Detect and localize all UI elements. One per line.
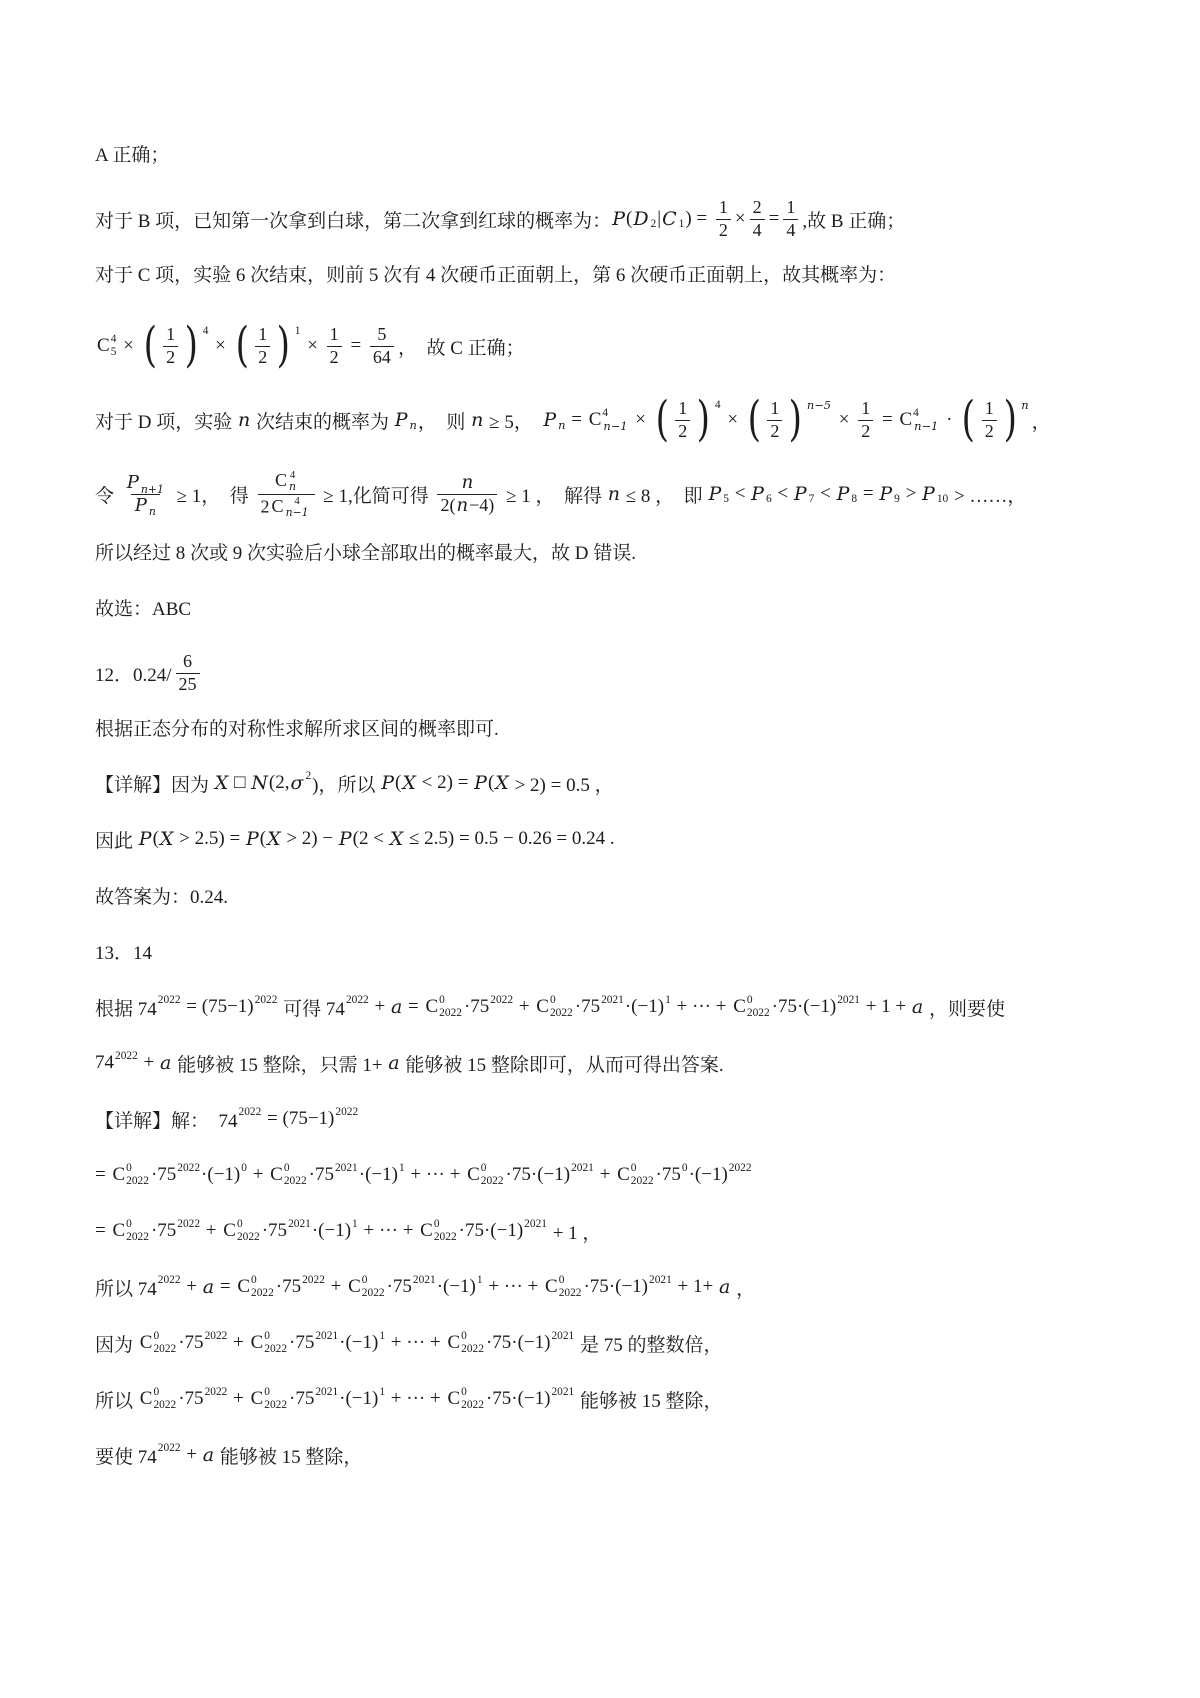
text-run: ， 故 C 正确； [398, 333, 525, 360]
answer-12: 12．0.24/625 [95, 648, 1110, 698]
subscript: 1 [679, 218, 685, 230]
subscript: n+1 [141, 483, 164, 496]
text-run: > 2) − [282, 828, 338, 850]
text-run: + [370, 996, 390, 1018]
denominator: 2 [716, 219, 731, 242]
superscript: 0 [461, 1330, 484, 1343]
scripts: 02022 [237, 1218, 260, 1244]
math-var: X [215, 772, 229, 794]
open-paren-icon: ( [655, 401, 668, 439]
denominator: 2 [982, 420, 997, 443]
fraction: 24 [750, 197, 765, 241]
math-var: P [127, 472, 139, 493]
text-run: < [773, 483, 793, 505]
superscript: 2021 [413, 1274, 436, 1286]
script-symbol: C02022 [270, 1162, 306, 1188]
q13-expansion-1: = C02022·752022·(−1)0 + C02022·752021·(−… [95, 1160, 1110, 1190]
script-symbol: C02022 [447, 1330, 483, 1356]
subscript: 6 [766, 493, 772, 505]
text-run: 12．0.24/ [95, 660, 172, 687]
scripts: 02022 [284, 1162, 307, 1188]
fraction: 12 [716, 197, 731, 241]
scripts: 4n [288, 469, 297, 494]
superscript: 2022 [158, 1274, 181, 1286]
text-run: × [210, 335, 230, 357]
subscript: n [149, 505, 156, 518]
q13-reason-1: 因为 C02022·752022 + C02022·752021·(−1)1 +… [95, 1328, 1110, 1358]
subscript: 5 [723, 493, 729, 505]
text-run: (2, [269, 772, 290, 794]
superscript: 2021 [288, 1218, 311, 1230]
subscript: 10 [937, 493, 948, 505]
paren-fraction: (12)4 [653, 398, 721, 442]
text-run: + [595, 1164, 615, 1186]
math-var: a [388, 1052, 399, 1074]
script-symbol: C02022 [733, 994, 769, 1020]
text-run: 根据 74 [95, 994, 157, 1021]
superscript: 2022 [239, 1106, 262, 1118]
text-run: = [858, 483, 878, 505]
superscript: 0 [241, 1162, 247, 1174]
fraction: C4n2C4n−1 [258, 469, 315, 520]
math-var: X [160, 828, 174, 850]
superscript: 1 [477, 1274, 483, 1286]
power-superscript: n [1021, 398, 1028, 412]
text-run: ·75·(−1) [486, 1332, 551, 1354]
text-run: 所以 74 [95, 1274, 157, 1301]
superscript: 2021 [837, 994, 860, 1006]
scripts: 02022 [264, 1386, 287, 1412]
text-run: × [631, 409, 651, 431]
text-run: 令 [95, 481, 119, 508]
denominator: 64 [370, 346, 394, 369]
subscript: n [558, 418, 565, 432]
text-run: + [228, 1388, 248, 1410]
text-run: = [877, 409, 897, 431]
script-symbol: C45 [97, 333, 116, 359]
denominator: 4 [783, 219, 798, 242]
math-var: P [543, 409, 556, 431]
superscript: 1 [665, 994, 671, 1006]
subscript: 2022 [550, 1007, 573, 1020]
superscript: 2021 [315, 1386, 338, 1398]
scripts: 4n−1 [602, 407, 628, 433]
denominator: Pn [131, 494, 160, 517]
q13-detail-intro: 【详解】解： 742022 = (75−1)2022 [95, 1104, 1110, 1134]
math-var: n [238, 409, 250, 431]
text-run: 对于 D 项，实验 [95, 407, 237, 434]
text-run: + [182, 1444, 202, 1466]
text-run: ·75·(−1) [506, 1164, 571, 1186]
math-var: D [633, 208, 648, 230]
subscript: n−1 [914, 420, 938, 433]
symbol-base: C [140, 1332, 153, 1354]
script-symbol: C02022 [420, 1218, 456, 1244]
subscript: 2022 [461, 1343, 484, 1356]
superscript: 0 [153, 1330, 176, 1343]
text-run: 故答案为：0.24. [95, 882, 228, 909]
text-run: = [403, 996, 423, 1018]
text-run: A 正确； [95, 140, 169, 167]
superscript: 0 [237, 1218, 260, 1231]
superscript: 0 [631, 1162, 654, 1175]
script-symbol: C02022 [536, 994, 572, 1020]
superscript: 2021 [571, 1162, 594, 1174]
numerator: 1 [982, 398, 997, 420]
subscript: 2022 [434, 1231, 457, 1244]
superscript: 2022 [115, 1050, 138, 1062]
superscript: 1 [352, 1218, 358, 1230]
text-run: ·75 [387, 1276, 412, 1298]
text-run: > [901, 483, 921, 505]
superscript: 0 [559, 1274, 582, 1287]
superscript: 0 [264, 1330, 287, 1343]
symbol-base: C [223, 1220, 236, 1242]
text-run: = [215, 1276, 235, 1298]
text-run: + [228, 1332, 248, 1354]
superscript: 2021 [551, 1330, 574, 1342]
text-run: ·75 [464, 996, 489, 1018]
superscript: 2022 [158, 1442, 181, 1454]
math-var: P [135, 495, 147, 516]
superscript: 0 [126, 1218, 149, 1231]
text-run: + [514, 996, 534, 1018]
text-run: 能够被 15 整除， [575, 1386, 722, 1413]
denominator: 2 [327, 346, 342, 369]
script-symbol: C4n [275, 469, 297, 494]
text-run: + [201, 1220, 221, 1242]
text-run: ≥ 1 ， 解得 [501, 481, 606, 508]
text-run: ≥ 5， [484, 407, 542, 434]
math-var: X [402, 772, 416, 794]
text-run: 因为 [95, 1330, 138, 1357]
superscript: 0 [550, 994, 573, 1007]
text-run: × [735, 208, 746, 230]
superscript: 2022 [255, 994, 278, 1006]
text-run: ·(−1) [339, 1388, 378, 1410]
superscript: 2022 [177, 1218, 200, 1230]
fraction: 625 [176, 651, 200, 695]
answer-11: 故选：ABC [95, 592, 1110, 622]
text-run: 能够被 15 整除即可，从而可得出答案. [401, 1050, 724, 1077]
math-var: n [471, 409, 483, 431]
text-run: = [95, 1220, 110, 1242]
math-var: σ [290, 772, 303, 794]
superscript: 0 [126, 1162, 149, 1175]
math-var: P [339, 828, 352, 850]
text-run: ·(−1) [359, 1164, 398, 1186]
close-paren-icon: ) [789, 401, 802, 439]
symbol-base: C [251, 1332, 264, 1354]
symbol-base: C [112, 1220, 125, 1242]
subscript: 2022 [559, 1287, 582, 1300]
math-var: a [912, 996, 923, 1018]
text-run: 因此 [95, 826, 138, 853]
script-symbol: C02022 [251, 1330, 287, 1356]
denominator: 2C4n−1 [258, 494, 315, 520]
superscript: 2021 [551, 1386, 574, 1398]
superscript: 0 [251, 1274, 274, 1287]
text-run: ( [395, 772, 401, 794]
script-symbol: C4n−1 [272, 495, 310, 520]
text-run: ) = [685, 208, 712, 230]
text-run: = (75−1) [182, 996, 254, 1018]
text-run: 故选：ABC [95, 594, 191, 621]
symbol-base: C [589, 409, 602, 431]
subscript: 2022 [126, 1175, 149, 1188]
fraction: n2(n−4) [437, 472, 497, 516]
scripts: 02022 [747, 994, 770, 1020]
subscript: 2022 [237, 1231, 260, 1244]
scripts: 02022 [126, 1218, 149, 1244]
superscript: 0 [284, 1162, 307, 1175]
power-superscript: 4 [203, 325, 209, 337]
math-var: P [751, 483, 764, 505]
text-run: ≤ 2.5) = 0.5 − 0.26 = 0.24 . [404, 828, 614, 850]
scripts: 02022 [559, 1274, 582, 1300]
text-run: 13．14 [95, 938, 152, 965]
superscript: 0 [153, 1386, 176, 1399]
text-run: 【详解】解： 74 [95, 1106, 238, 1133]
superscript: 0 [439, 994, 462, 1007]
subscript: 2022 [481, 1175, 504, 1188]
text-run: ·(−1) [625, 996, 664, 1018]
text-run: + ··· + [359, 1220, 418, 1242]
text-run: < [730, 483, 750, 505]
denominator: 2 [163, 346, 178, 369]
text-run: = [346, 335, 366, 357]
text-run: 次结束的概率为 [251, 407, 394, 434]
symbol-base: C [272, 496, 284, 518]
power-superscript: 1 [295, 325, 301, 337]
text-run: × [302, 335, 322, 357]
paren-fraction: (12)n−5 [745, 398, 832, 442]
q12-answer: 故答案为：0.24. [95, 880, 1110, 910]
text-run: + ··· + [484, 1276, 543, 1298]
text-run: ·(−1) [339, 1332, 378, 1354]
text-run: □ [229, 772, 250, 794]
superscript: 2022 [158, 994, 181, 1006]
subscript: 2022 [284, 1175, 307, 1188]
fraction: Pn+1Pn [123, 472, 168, 516]
text-run: ·75·(−1) [772, 996, 837, 1018]
scripts: 02022 [550, 994, 573, 1020]
numerator: Pn+1 [123, 472, 168, 494]
superscript: 2021 [649, 1274, 672, 1286]
fraction: 12 [163, 324, 178, 368]
text-run: · [941, 409, 957, 431]
scripts: 02022 [461, 1386, 484, 1412]
math-var: a [391, 996, 402, 1018]
text-run: ( [626, 208, 632, 230]
symbol-base: C [270, 1164, 283, 1186]
text-run: ·(−1) [312, 1220, 351, 1242]
superscript: 2022 [490, 994, 513, 1006]
symbol-base: C [237, 1276, 250, 1298]
superscript: 0 [481, 1162, 504, 1175]
text-run: + ··· + [386, 1332, 445, 1354]
script-symbol: C02022 [447, 1386, 483, 1412]
open-paren-icon: ( [747, 401, 760, 439]
symbol-base: C [447, 1332, 460, 1354]
symbol-base: C [733, 996, 746, 1018]
numerator: C4n [270, 469, 302, 494]
scripts: 02022 [251, 1274, 274, 1300]
numerator: 1 [327, 324, 342, 346]
denominator: 2 [767, 420, 782, 443]
math-var: a [203, 1444, 214, 1466]
option-c-formula: C45 × (12)4 × (12)1 × 12 = 564， 故 C 正确； [95, 314, 1110, 378]
text-run: ·75 [575, 996, 600, 1018]
power-superscript: n−5 [807, 398, 831, 412]
paren-fraction: (12)1 [233, 324, 301, 368]
option-b-analysis: 对于 B 项，已知第一次拿到白球，第二次拿到红球的概率为：P(D2|C1) = … [95, 194, 1110, 244]
script-symbol: C4n−1 [589, 407, 629, 433]
math-var: n [608, 483, 620, 505]
text-run: 所以经过 8 次或 9 次实验后小球全部取出的概率最大，故 D 错误. [95, 538, 636, 565]
fraction: 12 [982, 398, 997, 442]
q12-analysis: 根据正态分布的对称性求解所求区间的概率即可. [95, 712, 1110, 742]
numerator: 1 [783, 197, 798, 219]
superscript: 0 [747, 994, 770, 1007]
text-run: + 1 ， [548, 1218, 601, 1245]
subscript: 2022 [439, 1007, 462, 1020]
text-run: = (75−1) [262, 1108, 334, 1130]
script-symbol: C02022 [251, 1386, 287, 1412]
text-run: −4) [469, 495, 494, 515]
subscript: 2022 [153, 1343, 176, 1356]
subscript: 2022 [126, 1231, 149, 1244]
text-run: ， [1032, 407, 1051, 434]
text-run: + 1 + [861, 996, 911, 1018]
text-run: 所以 [95, 1386, 138, 1413]
fraction: 14 [783, 197, 798, 241]
symbol-base: C [536, 996, 549, 1018]
q13-requirement: 要使 742022 + a 能够被 15 整除， [95, 1440, 1110, 1470]
text-run: + [182, 1276, 202, 1298]
script-symbol: C02022 [140, 1330, 176, 1356]
script-symbol: C4n−1 [899, 407, 939, 433]
q13-reason-2: 所以 C02022·752022 + C02022·752021·(−1)1 +… [95, 1384, 1110, 1414]
text-run: ，则要使 [924, 994, 1005, 1021]
text-run: > 2) = 0.5 ， [510, 770, 614, 797]
text-run: 对于 B 项，已知第一次拿到白球，第二次拿到红球的概率为： [95, 206, 611, 233]
fraction: 12 [858, 398, 873, 442]
text-run: = [566, 409, 586, 431]
math-var: P [794, 483, 807, 505]
scripts: 02022 [461, 1330, 484, 1356]
scripts: 02022 [126, 1162, 149, 1188]
text-run: ·75 [276, 1276, 301, 1298]
superscript: 1 [379, 1386, 385, 1398]
text-run: = [769, 208, 780, 230]
scripts: 45 [111, 333, 117, 359]
subscript: n−1 [603, 420, 627, 433]
text-run: 【详解】因为 [95, 770, 214, 797]
close-paren-icon: ) [1003, 401, 1016, 439]
option-d-inequality: 令 Pn+1Pn ≥ 1， 得 C4n2C4n−1 ≥ 1,化简可得 n2(n−… [95, 462, 1110, 526]
text-run: + 1+ [673, 1276, 718, 1298]
text-run: 对于 C 项，实验 6 次结束，则前 5 次有 4 次硬币正面朝上，第 6 次硬… [95, 260, 896, 287]
text-run: )，所以 [312, 770, 380, 797]
superscript: 4 [111, 333, 117, 346]
superscript: 0 [362, 1274, 385, 1287]
text-run: ， 则 [418, 407, 470, 434]
text-run: ·75 [151, 1164, 176, 1186]
numerator: 5 [374, 324, 389, 346]
math-var: a [719, 1276, 730, 1298]
math-var: P [381, 772, 394, 794]
text-run: ， [731, 1274, 755, 1301]
answer-13: 13．14 [95, 936, 1110, 966]
text-run: > 2.5) = [174, 828, 245, 850]
text-run: 2( [440, 495, 455, 515]
superscript: 2022 [205, 1386, 228, 1398]
text-run: > ……， [949, 481, 1026, 508]
subscript: n [289, 481, 296, 493]
math-var: P [922, 483, 935, 505]
close-paren-icon: ) [697, 401, 710, 439]
math-var: P [139, 828, 152, 850]
text-run: ( [153, 828, 159, 850]
fraction: 12 [255, 324, 270, 368]
symbol-base: C [420, 1220, 433, 1242]
subscript: 8 [851, 493, 857, 505]
open-paren-icon: ( [235, 327, 248, 365]
fraction: 12 [767, 398, 782, 442]
superscript: 2021 [601, 994, 624, 1006]
numerator: n [458, 472, 478, 494]
symbol-base: C [617, 1164, 630, 1186]
math-var: a [203, 1276, 214, 1298]
math-var: n [456, 495, 468, 516]
text-run: ·75 [289, 1388, 314, 1410]
denominator: 2(n−4) [437, 494, 497, 517]
scripts: 02022 [481, 1162, 504, 1188]
numerator: 1 [767, 398, 782, 420]
superscript: 2022 [335, 1106, 358, 1118]
math-var: P [474, 772, 487, 794]
numerator: 1 [675, 398, 690, 420]
option-d-analysis: 对于 D 项，实验 n 次结束的概率为 Pn， 则 n ≥ 5， Pn = C4… [95, 388, 1110, 452]
superscript: 1 [379, 1330, 385, 1342]
script-symbol: C02022 [545, 1274, 581, 1300]
text-run: ( [488, 772, 494, 794]
math-var: P [708, 483, 721, 505]
paren-fraction: (12)4 [141, 324, 209, 368]
text-run: ·(−1) [689, 1164, 728, 1186]
subscript: 2022 [153, 1399, 176, 1412]
text-run: + [326, 1276, 346, 1298]
text-run: 2 [261, 496, 270, 516]
denominator: 2 [255, 346, 270, 369]
option-d-conclusion: 所以经过 8 次或 9 次实验后小球全部取出的概率最大，故 D 错误. [95, 536, 1110, 566]
symbol-base: C [97, 335, 110, 357]
symbol-base: C [251, 1388, 264, 1410]
text-run: 要使 74 [95, 1442, 157, 1469]
scripts: 02022 [264, 1330, 287, 1356]
math-var: P [612, 208, 625, 230]
text-run: ·75 [289, 1332, 314, 1354]
text-run: ·(−1) [201, 1164, 240, 1186]
symbol-base: C [899, 409, 912, 431]
denominator: 25 [176, 673, 200, 696]
superscript: 2022 [177, 1162, 200, 1174]
superscript: 2021 [335, 1162, 358, 1174]
text-run: ·75 [178, 1388, 203, 1410]
script-symbol: C02022 [223, 1218, 259, 1244]
symbol-base: C [447, 1388, 460, 1410]
